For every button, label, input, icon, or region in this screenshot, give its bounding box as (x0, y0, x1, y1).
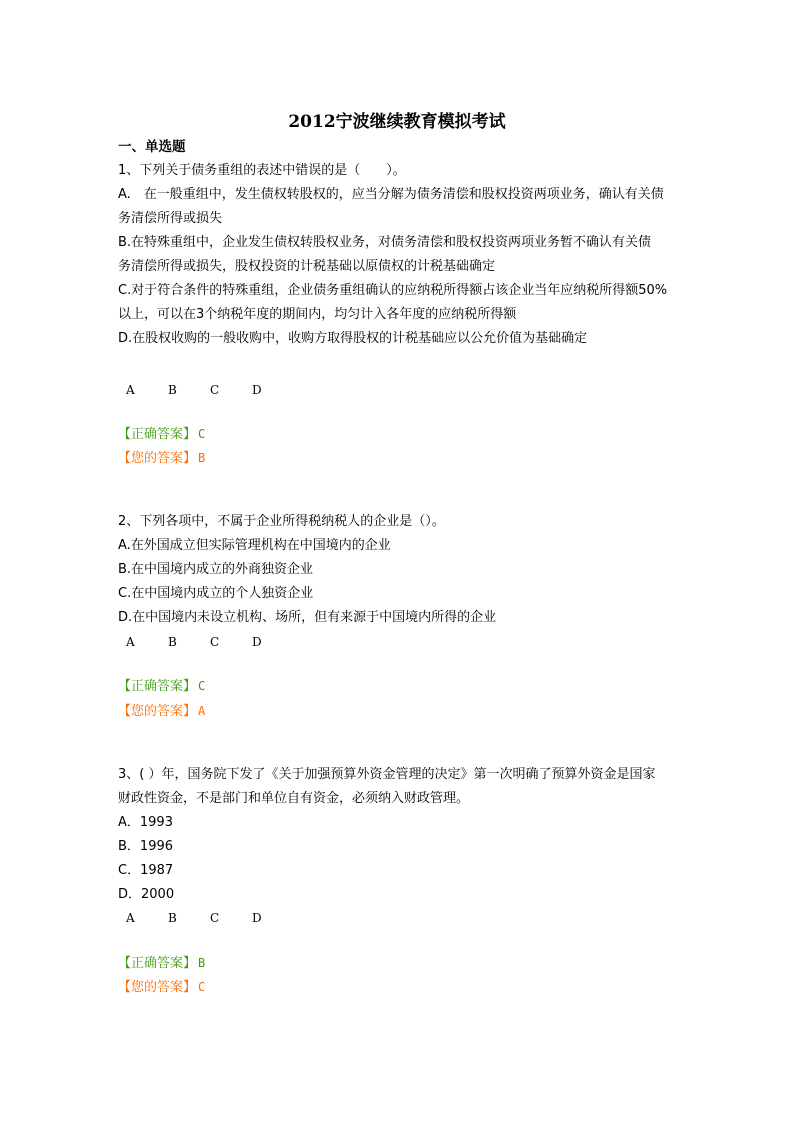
correct-answer-label: 【正确答案】 (118, 956, 196, 971)
choice-c[interactable]: C (210, 383, 252, 397)
option-b: B.在中国境内成立的外商独资企业 (118, 562, 313, 578)
document-page: 2012宁波继续教育模拟考试 一、单选题 1、下列关于债务重组的表述中错误的是（… (0, 0, 794, 1123)
option-b: B．1996 (118, 839, 173, 855)
choice-a[interactable]: A (126, 911, 168, 925)
correct-answer-value: C (198, 679, 205, 693)
option-a-cont: 务清偿所得或损失 (118, 211, 222, 227)
option-d: D.在中国境内未设立机构、场所，但有来源于中国境内所得的企业 (118, 610, 496, 626)
choice-a[interactable]: A (126, 383, 168, 397)
option-c: C.在中国境内成立的个人独资企业 (118, 586, 313, 602)
choice-row: ABCD (126, 635, 294, 649)
option-d: D.在股权收购的一般收购中，收购方取得股权的计税基础应以公允价值为基础确定 (118, 331, 587, 347)
option-a: A．1993 (118, 815, 173, 831)
choice-b[interactable]: B (168, 383, 210, 397)
question-stem-cont: 财政性资金，不是部门和单位自有资金，必须纳入财政管理。 (118, 791, 469, 807)
your-answer-value: A (198, 704, 205, 718)
your-answer-label: 【您的答案】 (118, 980, 196, 995)
correct-answer-value: B (198, 956, 205, 970)
choice-b[interactable]: B (168, 635, 210, 649)
choice-row: ABCD (126, 383, 294, 397)
choice-b[interactable]: B (168, 911, 210, 925)
choice-d[interactable]: D (252, 911, 294, 925)
option-d: D．2000 (118, 887, 174, 903)
choice-d[interactable]: D (252, 635, 294, 649)
correct-answer-label: 【正确答案】 (118, 427, 196, 442)
choice-a[interactable]: A (126, 635, 168, 649)
option-b-cont: 务清偿所得或损失，股权投资的计税基础以原债权的计税基础确定 (118, 259, 495, 275)
your-answer: 【您的答案】A (118, 703, 205, 720)
option-c: C.对于符合条件的特殊重组，企业债务重组确认的应纳税所得额占该企业当年应纳税所得… (118, 283, 667, 299)
correct-answer-value: C (198, 427, 205, 441)
correct-answer: 【正确答案】B (118, 955, 205, 972)
option-a: A.在外国成立但实际管理机构在中国境内的企业 (118, 538, 391, 554)
option-c: C．1987 (118, 863, 173, 879)
choice-c[interactable]: C (210, 911, 252, 925)
choice-c[interactable]: C (210, 635, 252, 649)
question-stem: 1、下列关于债务重组的表述中错误的是（ ）。 (118, 163, 406, 179)
option-b: B.在特殊重组中，企业发生债权转股权业务，对债务清偿和股权投资两项业务暂不确认有… (118, 235, 651, 251)
correct-answer: 【正确答案】C (118, 678, 205, 695)
question-stem: 3、( ）年，国务院下发了《关于加强预算外资金管理的决定》第一次明确了预算外资金… (118, 767, 655, 783)
correct-answer: 【正确答案】C (118, 426, 205, 443)
your-answer-value: B (198, 451, 205, 465)
option-c-cont: 以上，可以在3个纳税年度的期间内，均匀计入各年度的应纳税所得额 (118, 307, 516, 323)
your-answer-value: C (198, 980, 205, 994)
your-answer: 【您的答案】B (118, 450, 205, 467)
your-answer: 【您的答案】C (118, 979, 205, 996)
your-answer-label: 【您的答案】 (118, 451, 196, 466)
option-a: A. 在一般重组中，发生债权转股权的，应当分解为债务清偿和股权投资两项业务，确认… (118, 187, 664, 203)
question-stem: 2、下列各项中，不属于企业所得税纳税人的企业是（）。 (118, 514, 445, 530)
choice-row: ABCD (126, 911, 294, 925)
correct-answer-label: 【正确答案】 (118, 679, 196, 694)
document-title: 2012宁波继续教育模拟考试 (0, 107, 794, 132)
section-heading: 一、单选题 (118, 139, 186, 155)
choice-d[interactable]: D (252, 383, 294, 397)
your-answer-label: 【您的答案】 (118, 704, 196, 719)
